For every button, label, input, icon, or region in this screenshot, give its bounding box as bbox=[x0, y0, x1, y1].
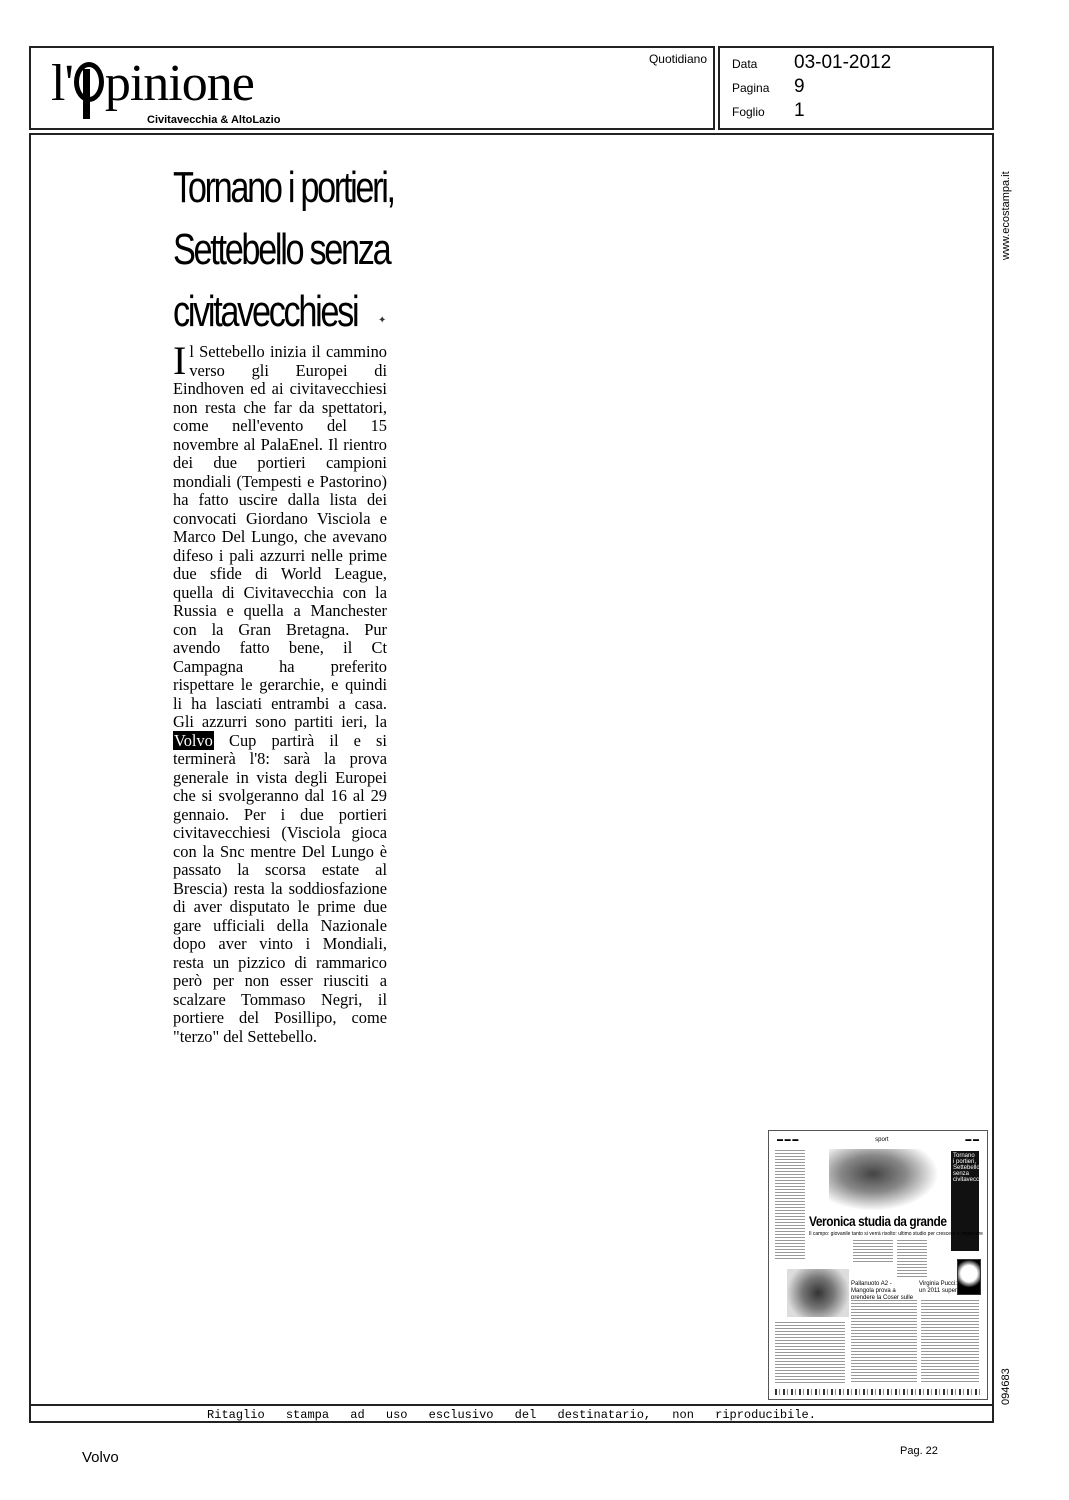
date-value: 03-01-2012 bbox=[794, 52, 891, 74]
search-keyword: Volvo bbox=[82, 1449, 119, 1466]
thumbnail-photo bbox=[829, 1149, 939, 1211]
meta-page-row: Pagina 9 bbox=[732, 76, 805, 98]
article-text-part2: Cup partirà il e si terminerà l'8: sarà … bbox=[173, 731, 387, 1046]
date-label: Data bbox=[732, 57, 794, 71]
thumbnail-subtitle: Il campo: giovanile tanto si verrà risol… bbox=[809, 1231, 983, 1237]
logo-rest: pinione bbox=[105, 55, 254, 112]
clipping-box: Tornano i portieri, Settebello senza civ… bbox=[29, 133, 994, 1423]
logo-prefix: l' bbox=[51, 55, 73, 112]
copyright-notice: Ritaglio stampa ad uso esclusivo del des… bbox=[31, 1408, 992, 1422]
logo-o-glyph-icon bbox=[74, 62, 104, 102]
dropcap: I bbox=[173, 344, 186, 378]
sheet-value: 1 bbox=[794, 100, 805, 122]
page-label: Pagina bbox=[732, 81, 794, 95]
thumbnail-header-right: ▬ ▬ bbox=[965, 1137, 979, 1145]
clipping-code: 094683 bbox=[1000, 1368, 1012, 1405]
meta-box: Data 03-01-2012 Pagina 9 Foglio 1 bbox=[718, 46, 994, 130]
thumbnail-header: ▬ ▬ ▬ sport ▬ ▬ bbox=[777, 1137, 979, 1145]
publication-type: Quotidiano bbox=[649, 52, 707, 66]
thumbnail-column bbox=[851, 1299, 917, 1383]
headline-line: civitavecchiesi bbox=[173, 281, 360, 343]
page-number: Pag. 22 bbox=[900, 1445, 938, 1457]
footer-divider bbox=[31, 1404, 992, 1406]
article-text-part1: l Settebello inizia il cammino verso gli… bbox=[173, 342, 387, 731]
keyword-highlight: Volvo bbox=[173, 731, 214, 750]
thumbnail-column bbox=[775, 1149, 805, 1259]
thumbnail-column bbox=[897, 1239, 927, 1279]
meta-sheet-row: Foglio 1 bbox=[732, 100, 805, 122]
thumbnail-barcode bbox=[775, 1389, 981, 1395]
headline-line: Tornano i portieri, bbox=[173, 157, 360, 219]
masthead-box: l'pinione Civitavecchia & AltoLazio Quot… bbox=[29, 46, 715, 130]
thumbnail-column bbox=[775, 1321, 845, 1383]
source-url: www.ecostampa.it bbox=[1000, 171, 1012, 260]
meta-date-row: Data 03-01-2012 bbox=[732, 52, 891, 74]
page-value: 9 bbox=[794, 76, 805, 98]
thumbnail-main-title: Veronica studia da grande bbox=[809, 1213, 947, 1229]
thumbnail-header-left: ▬ ▬ ▬ bbox=[777, 1137, 798, 1145]
logo-wordmark: l'pinione bbox=[51, 58, 254, 110]
thumbnail-portrait bbox=[957, 1259, 981, 1295]
thumbnail-column bbox=[853, 1239, 893, 1264]
thumbnail-section: sport bbox=[875, 1137, 888, 1145]
headline-line: Settebello senza bbox=[173, 219, 360, 281]
thumbnail-column bbox=[921, 1299, 979, 1383]
article-body: Il Settebello inizia il cammino verso gl… bbox=[173, 343, 387, 1046]
article-headline: Tornano i portieri, Settebello senza civ… bbox=[173, 157, 360, 343]
scan-mark-icon: ✦ bbox=[378, 315, 386, 326]
logo-subtitle: Civitavecchia & AltoLazio bbox=[147, 114, 280, 126]
sheet-label: Foglio bbox=[732, 105, 794, 119]
thumbnail-right-headline: Virginia Pucci: un 2011 super bbox=[919, 1281, 959, 1295]
thumbnail-photo bbox=[787, 1269, 849, 1317]
page-thumbnail: ▬ ▬ ▬ sport ▬ ▬ Tornano i portieri, Sett… bbox=[768, 1130, 988, 1400]
